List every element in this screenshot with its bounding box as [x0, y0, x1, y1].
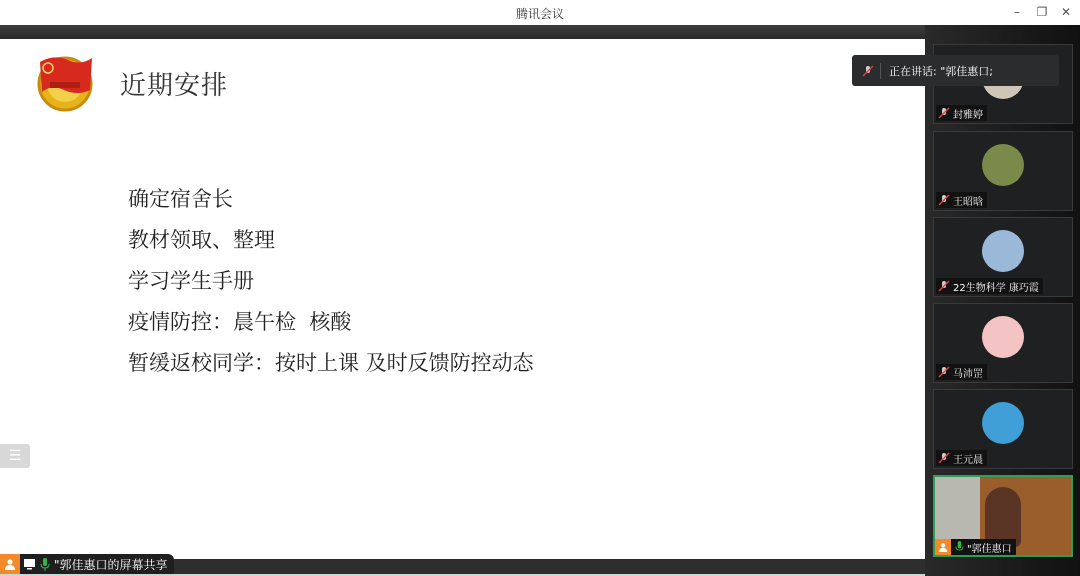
share-label: "郭佳惠口的屏幕共享 — [54, 556, 168, 573]
participant-name: 马沛罡 — [953, 365, 983, 380]
speaker-video — [985, 487, 1021, 547]
avatar — [982, 144, 1024, 186]
mic-muted-icon — [938, 194, 950, 206]
speaking-text: 正在讲话: "郭佳惠口; — [889, 63, 993, 79]
top-band — [0, 25, 1080, 39]
bullet-item: 教材领取、整理 — [128, 224, 534, 265]
participant-name: "郭佳惠口 — [967, 540, 1012, 555]
person-icon — [0, 554, 20, 574]
mic-muted-icon — [938, 452, 950, 464]
screen-share-bar[interactable]: "郭佳惠口的屏幕共享 — [0, 554, 174, 574]
slide-menu-button[interactable]: ☰ — [0, 444, 30, 468]
participant-tile[interactable]: 22生物科学 康巧霞 — [933, 217, 1073, 297]
mic-muted-icon — [862, 65, 874, 77]
slide-title: 近期安排 — [120, 65, 228, 102]
avatar — [982, 316, 1024, 358]
participant-name: 王元晨 — [953, 451, 983, 466]
title-bar: 腾讯会议 – ❐ ✕ — [0, 0, 1080, 25]
mic-icon — [40, 558, 50, 571]
person-icon — [935, 539, 951, 555]
mic-muted-icon — [938, 280, 950, 292]
speaking-indicator: 正在讲话: "郭佳惠口; — [852, 55, 1059, 86]
restore-button[interactable]: ❐ — [1032, 3, 1052, 21]
participant-name: 22生物科学 康巧霞 — [953, 279, 1039, 294]
bullet-item: 学习学生手册 — [128, 265, 534, 306]
mic-muted-icon — [938, 107, 950, 119]
window-title: 腾讯会议 — [0, 5, 1080, 22]
participant-sidebar[interactable]: 封雅婷 王昭晗 22生物科学 康巧霞 马沛罡 王元晨 "郭佳惠口 — [925, 25, 1080, 576]
avatar — [982, 402, 1024, 444]
mic-muted-icon — [938, 366, 950, 378]
participant-tile[interactable]: 马沛罡 — [933, 303, 1073, 383]
participant-tile[interactable]: 王昭晗 — [933, 131, 1073, 211]
bullet-list: 确定宿舍长 教材领取、整理 学习学生手册 疫情防控：晨午检 核酸 暂缓返校同学：… — [128, 183, 534, 388]
divider — [880, 63, 881, 79]
minimize-button[interactable]: – — [1007, 3, 1027, 21]
bullet-item: 确定宿舍长 — [128, 183, 534, 224]
participant-name: 封雅婷 — [953, 106, 983, 121]
mic-icon — [955, 541, 964, 553]
participant-tile-active-speaker[interactable]: "郭佳惠口 — [933, 475, 1073, 557]
screen-share-icon — [23, 558, 36, 570]
participant-tile[interactable]: 王元晨 — [933, 389, 1073, 469]
avatar — [982, 230, 1024, 272]
close-button[interactable]: ✕ — [1056, 3, 1076, 21]
bullet-item: 暂缓返校同学：按时上课 及时反馈防控动态 — [128, 347, 534, 388]
participant-name: 王昭晗 — [953, 193, 983, 208]
shared-slide: 近期安排 确定宿舍长 教材领取、整理 学习学生手册 疫情防控：晨午检 核酸 暂缓… — [0, 39, 925, 559]
league-emblem-icon — [34, 52, 96, 112]
bullet-item: 疫情防控：晨午检 核酸 — [128, 306, 534, 347]
